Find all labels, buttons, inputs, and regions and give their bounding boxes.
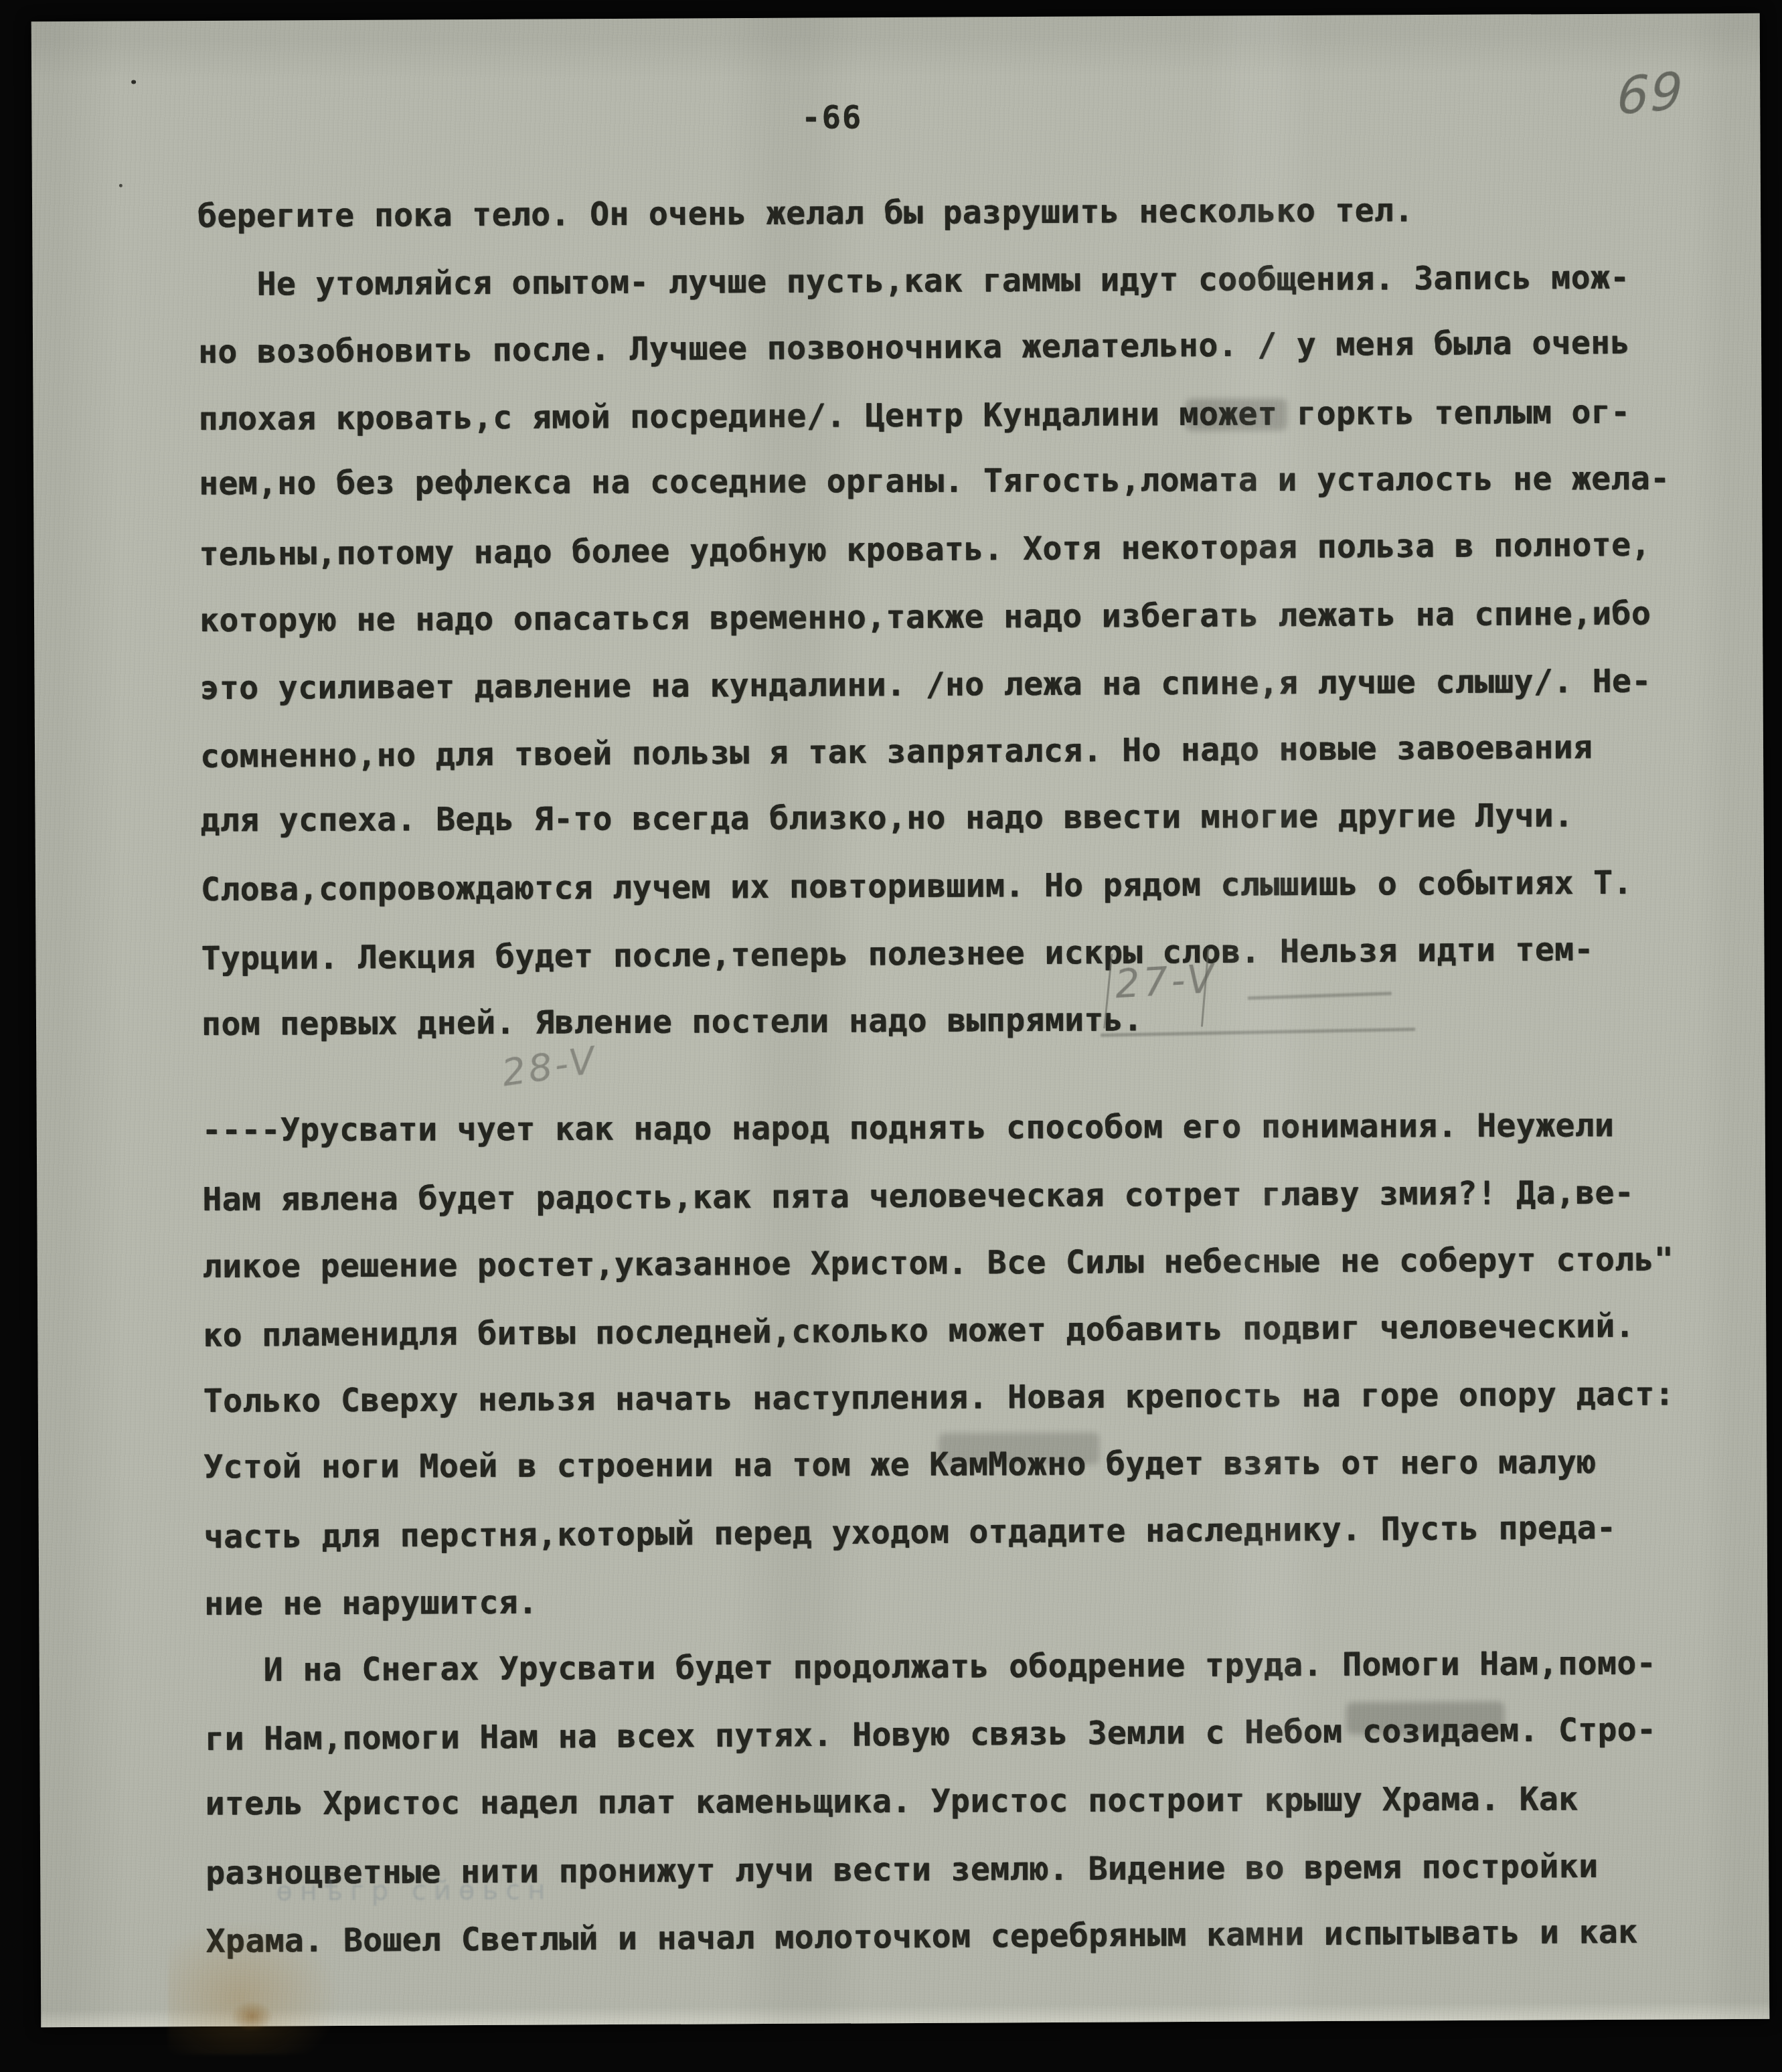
typed-line: пом первых дней. Явление постели надо вы… bbox=[201, 983, 1714, 1058]
typed-line: для успеха. Ведь Я-то всегда близко,но н… bbox=[200, 782, 1713, 854]
typed-line: берегите пока тело. Он очень желал бы ра… bbox=[197, 175, 1710, 250]
ink-smudge bbox=[1185, 398, 1287, 431]
typed-line: ние не нарушится. bbox=[204, 1563, 1717, 1638]
typed-line: это усиливает давление на кундалини. /но… bbox=[199, 647, 1712, 722]
typed-line: но возобновить после. Лучшее позвоночник… bbox=[198, 309, 1712, 386]
typed-line: Нам явлена будет радость,как пята челове… bbox=[202, 1159, 1715, 1234]
typed-line: которую не надо опасаться временно,также… bbox=[199, 580, 1712, 655]
typed-line: Не утомляйся опытом- лучше пусть,как гам… bbox=[197, 244, 1710, 319]
typed-line: ликое решение ростет,указанное Христом. … bbox=[203, 1226, 1716, 1301]
typed-line: плохая кровать,с ямой посредине/. Центр … bbox=[198, 378, 1711, 453]
typed-line: часть для перстня,который перед уходом о… bbox=[204, 1494, 1717, 1571]
typed-line: итель Христос надел плат каменьщика. Ури… bbox=[206, 1765, 1718, 1837]
typed-line: тельны,потому надо более удобную кровать… bbox=[199, 511, 1712, 588]
page-number: -66 bbox=[801, 99, 862, 136]
paragraph-gap bbox=[201, 1051, 1714, 1099]
ink-speck bbox=[131, 80, 136, 84]
paper-sheet: -66 69 берегите пока тело. Он очень жела… bbox=[31, 13, 1770, 2028]
folio-number-handwritten: 69 bbox=[1616, 60, 1685, 127]
scanned-page-photo: -66 69 берегите пока тело. Он очень жела… bbox=[0, 0, 1782, 2072]
typed-line: Слова,сопровождаются лучем их повторивши… bbox=[201, 849, 1714, 924]
typed-line: Только Сверху нельзя начать наступления.… bbox=[204, 1360, 1716, 1435]
typed-line: сомненно,но для твоей пользы я так запря… bbox=[200, 713, 1714, 791]
typed-line: ко пламенидля битвы последней,сколько мо… bbox=[203, 1292, 1716, 1370]
ink-smudge bbox=[1346, 1702, 1504, 1735]
typed-line: нем,но без рефлекса на соседние органы. … bbox=[199, 445, 1712, 517]
typed-line: И на Снегах Урусвати будет продолжать об… bbox=[204, 1630, 1717, 1705]
ink-smudge bbox=[939, 1433, 1099, 1465]
ghost-ink-imprint: ѳнѣгр сйѳьсн bbox=[276, 1875, 552, 1907]
paper-stain bbox=[230, 2001, 273, 2032]
typed-line: Храма. Вошел Светлый и начал молоточком … bbox=[206, 1898, 1719, 1976]
typed-line: Турции. Лекция будет после,теперь полезн… bbox=[201, 915, 1714, 993]
ink-speck bbox=[119, 184, 123, 187]
typed-line: ----Урусвати чует как надо народ поднять… bbox=[202, 1091, 1715, 1164]
